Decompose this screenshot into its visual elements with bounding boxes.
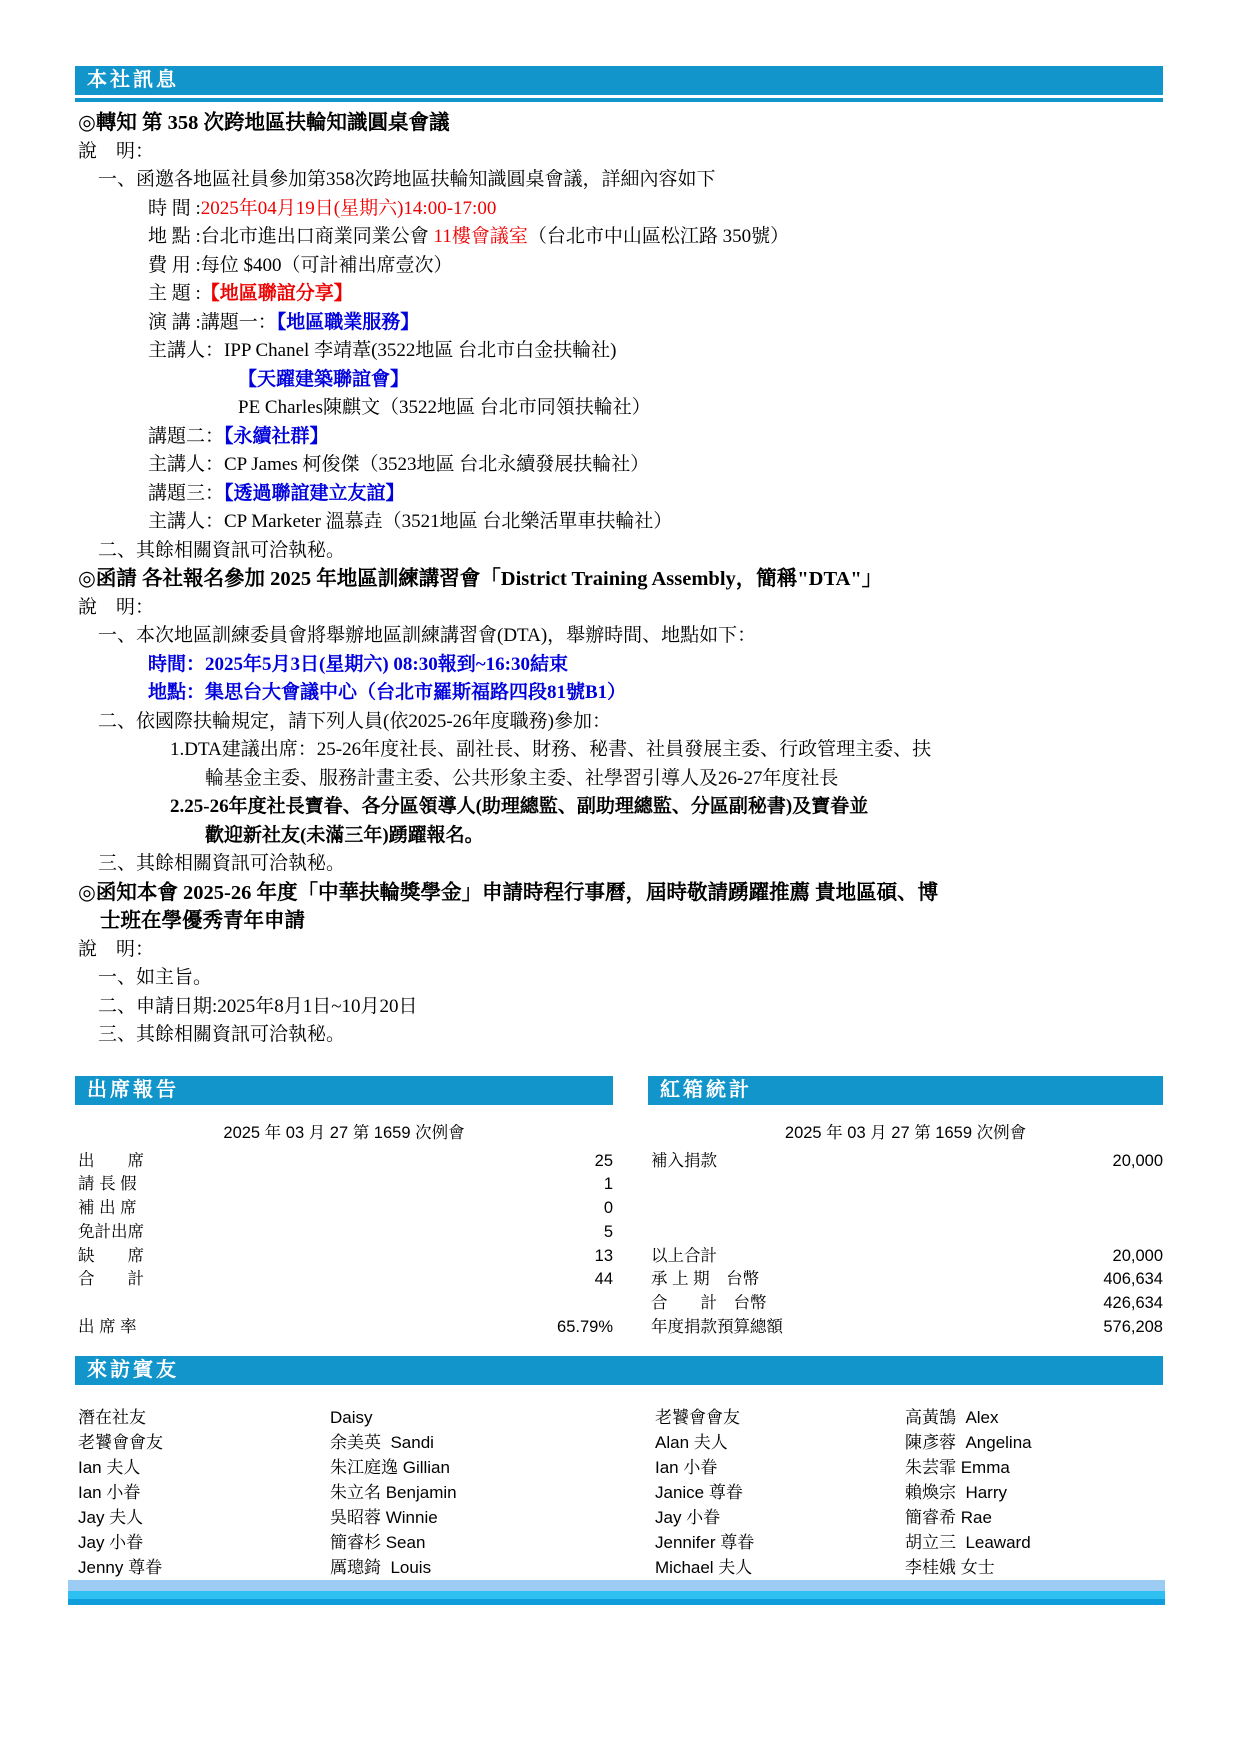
guest-cell: 朱芸霏 Emma <box>905 1455 1163 1480</box>
footer-stripe-cyan <box>68 1591 1165 1599</box>
attendance-row: 補 出 席0 <box>75 1197 613 1221</box>
attendance-value: 5 <box>604 1221 613 1245</box>
redbox-label: 以上合計 <box>648 1245 717 1269</box>
guest-cell: Daisy <box>330 1405 655 1430</box>
guest-cell: 吳昭蓉 Winnie <box>330 1505 655 1530</box>
attendance-label: 合 計 <box>75 1268 144 1292</box>
footer-stripes <box>68 1580 1165 1605</box>
text-line: 費 用 :每位 $400（可計補出席壹次） <box>148 252 1163 281</box>
attendance-table: 出 席25請 長 假1補 出 席0免計出席5缺 席13合 計44出 席 率65.… <box>75 1150 613 1340</box>
attendance-row: 請 長 假1 <box>75 1173 613 1197</box>
redbox-row: 補入捐款20,000 <box>648 1150 1163 1174</box>
attendance-label: 免計出席 <box>75 1221 144 1245</box>
announcement-heading: 士班在學優秀青年申請 <box>100 907 1163 936</box>
redbox-value: 406,634 <box>1103 1268 1163 1292</box>
text-line: 二、申請日期:2025年8月1日~10月20日 <box>98 993 1163 1022</box>
redbox-row: 以上合計20,000 <box>648 1245 1163 1269</box>
text-segment: ◎轉知 第 358 次跨地區扶輪知識圓桌會議 <box>78 112 450 134</box>
text-segment: 主講人：IPP Chanel 李靖葦(3522地區 台北市白金扶輪社) <box>148 340 616 361</box>
redbox-value: 20,000 <box>1113 1245 1163 1269</box>
text-segment: 1.DTA建議出席：25-26年度社長、副社長、財務、秘書、社員發展主委、行政管… <box>170 739 931 760</box>
guest-cell: 老饕會會友 <box>78 1430 330 1455</box>
redbox-label: 合 計 台幣 <box>648 1292 767 1316</box>
guest-cell: 高黃鵠 Alex <box>905 1405 1163 1430</box>
attendance-row: 免計出席5 <box>75 1221 613 1245</box>
text-segment: （台北市中山區松江路 350號） <box>528 226 789 247</box>
footer-stripe-deep <box>68 1599 1165 1605</box>
club-news-content: ◎轉知 第 358 次跨地區扶輪知識圓桌會議說 明：一、函邀各地區社員參加第35… <box>75 102 1163 1050</box>
section-header-redbox: 紅箱統計 <box>648 1076 1163 1105</box>
text-line: 一、如主旨。 <box>98 964 1163 993</box>
text-line: 【天躍建築聯誼會】 <box>238 366 1163 395</box>
attendance-row: 合 計44 <box>75 1268 613 1292</box>
text-segment: 演 講 :講題一： <box>148 312 277 333</box>
text-line: 地點：集思台大會議中心（台北市羅斯福路四段81號B1） <box>148 679 1163 708</box>
guest-cell: Jay 小眷 <box>655 1505 905 1530</box>
text-segment: 費 用 :每位 $400（可計補出席壹次） <box>148 255 453 276</box>
text-segment: 一、函邀各地區社員參加第358次跨地區扶輪知識圓桌會議，詳細內容如下 <box>98 169 716 190</box>
section-header-club-news: 本社訊息 <box>75 66 1163 95</box>
redbox-value: 20,000 <box>1113 1150 1163 1174</box>
attendance-meeting-title: 2025 年 03 月 27 第 1659 次例會 <box>75 1121 613 1145</box>
text-line: 一、本次地區訓練委員會將舉辦地區訓練講習會(DTA)，舉辦時間、地點如下： <box>98 622 1163 651</box>
text-segment: 歡迎新社友(未滿三年)踴躍報名。 <box>205 825 484 846</box>
redbox-value: 426,634 <box>1103 1292 1163 1316</box>
text-segment: 2025年04月19日(星期六)14:00-17:00 <box>201 198 497 219</box>
text-segment: PE Charles陳麒文（3522地區 台北市同領扶輪社） <box>238 397 651 418</box>
guest-cell: 賴煥宗 Harry <box>905 1480 1163 1505</box>
guest-cell: 老饕會會友 <box>655 1405 905 1430</box>
text-segment: 地 點 :台北市進出口商業同業公會 <box>148 226 434 247</box>
text-segment: 時間：2025年5月3日(星期六) 08:30報到~16:30結束 <box>148 654 568 675</box>
guest-cell: Ian 小眷 <box>655 1455 905 1480</box>
text-segment: 二、其餘相關資訊可洽執秘。 <box>98 540 345 561</box>
announcement-heading: ◎函請 各社報名參加 2025 年地區訓練講習會「District Traini… <box>78 565 1163 594</box>
text-segment: 三、其餘相關資訊可洽執秘。 <box>98 853 345 874</box>
guest-cell: 潛在社友 <box>78 1405 330 1430</box>
text-line: 說 明： <box>78 936 1163 965</box>
redbox-value: 576,208 <box>1103 1316 1163 1340</box>
guest-cell: Jay 夫人 <box>78 1505 330 1530</box>
text-segment: ◎函請 各社報名參加 2025 年地區訓練講習會「District Traini… <box>78 568 882 590</box>
text-segment: 說 明： <box>78 141 154 162</box>
section-header-attendance: 出席報告 <box>75 1076 613 1105</box>
announcement-heading: ◎轉知 第 358 次跨地區扶輪知識圓桌會議 <box>78 109 1163 138</box>
guest-cell: Jay 小眷 <box>78 1530 330 1555</box>
text-segment: 說 明： <box>78 597 154 618</box>
text-line: 主講人：IPP Chanel 李靖葦(3522地區 台北市白金扶輪社) <box>148 337 1163 366</box>
guest-cell: 朱立名 Benjamin <box>330 1480 655 1505</box>
guest-cell: Alan 夫人 <box>655 1430 905 1455</box>
text-segment: 地點：集思台大會議中心（台北市羅斯福路四段81號B1） <box>148 682 626 703</box>
text-line: 一、函邀各地區社員參加第358次跨地區扶輪知識圓桌會議，詳細內容如下 <box>98 166 1163 195</box>
redbox-table: 補入捐款20,000以上合計20,000承 上 期 台幣406,634合 計 台… <box>648 1150 1163 1340</box>
footer-stripe-light <box>68 1580 1165 1591</box>
redbox-label: 補入捐款 <box>648 1150 717 1174</box>
text-line: 講題三：【透過聯誼建立友誼】 <box>148 480 1163 509</box>
text-segment: 時 間 : <box>148 198 201 219</box>
text-line: 時間：2025年5月3日(星期六) 08:30報到~16:30結束 <box>148 651 1163 680</box>
text-line: PE Charles陳麒文（3522地區 台北市同領扶輪社） <box>238 394 1163 423</box>
guest-cell: 胡立三 Leaward <box>905 1530 1163 1555</box>
attendance-label: 出 席 <box>75 1150 144 1174</box>
text-segment: 【永續社群】 <box>224 426 329 447</box>
redbox-row: 承 上 期 台幣406,634 <box>648 1268 1163 1292</box>
text-segment: 一、本次地區訓練委員會將舉辦地區訓練講習會(DTA)，舉辦時間、地點如下： <box>98 625 756 646</box>
stats-row: 出席報告 2025 年 03 月 27 第 1659 次例會 出 席25請 長 … <box>75 1076 1163 1340</box>
text-segment: 二、申請日期:2025年8月1日~10月20日 <box>98 996 418 1017</box>
page-inner: 本社訊息 ◎轉知 第 358 次跨地區扶輪知識圓桌會議說 明：一、函邀各地區社員… <box>0 0 1241 1605</box>
text-segment: 講題三： <box>148 483 224 504</box>
redbox-row <box>648 1197 1163 1221</box>
text-segment: 2.25-26年度社長寶眷、各分區領導人(助理總監、副助理總監、分區副秘書)及寶… <box>170 796 868 817</box>
attendance-label: 出 席 率 <box>75 1316 137 1340</box>
guest-row: Jay 小眷簡睿杉 SeanJennifer 尊眷胡立三 Leaward <box>75 1530 1163 1555</box>
redbox-row: 合 計 台幣426,634 <box>648 1292 1163 1316</box>
section-header-guests: 來訪賓友 <box>75 1356 1163 1385</box>
attendance-value: 65.79% <box>557 1316 613 1340</box>
guest-cell: Janice 尊眷 <box>655 1480 905 1505</box>
text-segment: 三、其餘相關資訊可洽執秘。 <box>98 1024 345 1045</box>
guest-cell: 厲璁錡 Louis <box>330 1555 655 1580</box>
text-segment: 【地區職業服務】 <box>277 312 420 333</box>
text-line: 地 點 :台北市進出口商業同業公會 11樓會議室（台北市中山區松江路 350號） <box>148 223 1163 252</box>
attendance-value: 1 <box>604 1173 613 1197</box>
text-line: 輪基金主委、服務計畫主委、公共形象主委、社學習引導人及26-27年度社長 <box>205 765 1163 794</box>
attendance-value: 44 <box>595 1268 613 1292</box>
text-line: 主講人：CP James 柯俊傑（3523地區 台北永續發展扶輪社） <box>148 451 1163 480</box>
text-segment: 輪基金主委、服務計畫主委、公共形象主委、社學習引導人及26-27年度社長 <box>205 768 838 789</box>
guest-cell: Ian 小眷 <box>78 1480 330 1505</box>
guest-row: Jay 夫人吳昭蓉 WinnieJay 小眷簡睿希 Rae <box>75 1505 1163 1530</box>
redbox-label: 承 上 期 台幣 <box>648 1268 759 1292</box>
text-segment: 【地區聯誼分享】 <box>201 283 353 304</box>
guest-cell: Jennifer 尊眷 <box>655 1530 905 1555</box>
text-segment: 【透過聯誼建立友誼】 <box>224 483 405 504</box>
guest-cell: 朱江庭逸 Gillian <box>330 1455 655 1480</box>
redbox-label <box>648 1173 651 1197</box>
guest-row: Jenny 尊眷厲璁錡 LouisMichael 夫人李桂娥 女士 <box>75 1555 1163 1580</box>
attendance-value: 0 <box>604 1197 613 1221</box>
guest-cell: Jenny 尊眷 <box>78 1555 330 1580</box>
attendance-label <box>75 1292 78 1316</box>
text-line: 說 明： <box>78 594 1163 623</box>
text-line: 2.25-26年度社長寶眷、各分區領導人(助理總監、副助理總監、分區副秘書)及寶… <box>170 793 1163 822</box>
attendance-value: 13 <box>595 1245 613 1269</box>
redbox-row: 年度捐款預算總額576,208 <box>648 1316 1163 1340</box>
announcement-heading: ◎函知本會 2025-26 年度「中華扶輪獎學金」申請時程行事曆，屆時敬請踴躍推… <box>78 879 1163 908</box>
text-segment: 主 題 : <box>148 283 201 304</box>
redbox-section: 紅箱統計 2025 年 03 月 27 第 1659 次例會 補入捐款20,00… <box>648 1076 1163 1340</box>
text-segment: ◎函知本會 2025-26 年度「中華扶輪獎學金」申請時程行事曆，屆時敬請踴躍推… <box>78 882 938 904</box>
redbox-label: 年度捐款預算總額 <box>648 1316 783 1340</box>
text-segment: 講題二： <box>148 426 224 447</box>
newsletter-page: 本社訊息 ◎轉知 第 358 次跨地區扶輪知識圓桌會議說 明：一、函邀各地區社員… <box>0 0 1241 1755</box>
text-line: 時 間 :2025年04月19日(星期六)14:00-17:00 <box>148 195 1163 224</box>
guest-cell: 陳彥蓉 Angelina <box>905 1430 1163 1455</box>
guest-cell: Michael 夫人 <box>655 1555 905 1580</box>
guest-row: Ian 夫人朱江庭逸 GillianIan 小眷朱芸霏 Emma <box>75 1455 1163 1480</box>
text-line: 主 題 :【地區聯誼分享】 <box>148 280 1163 309</box>
text-line: 二、其餘相關資訊可洽執秘。 <box>98 537 1163 566</box>
guest-row: 老饕會會友余美英 SandiAlan 夫人陳彥蓉 Angelina <box>75 1430 1163 1455</box>
text-line: 二、依國際扶輪規定，請下列人員(依2025-26年度職務)參加： <box>98 708 1163 737</box>
guest-cell: 簡睿希 Rae <box>905 1505 1163 1530</box>
redbox-label <box>648 1221 651 1245</box>
redbox-meeting-title: 2025 年 03 月 27 第 1659 次例會 <box>648 1121 1163 1145</box>
attendance-row <box>75 1292 613 1316</box>
guest-cell: 簡睿杉 Sean <box>330 1530 655 1555</box>
guest-row: Ian 小眷朱立名 BenjaminJanice 尊眷賴煥宗 Harry <box>75 1480 1163 1505</box>
text-segment: 士班在學優秀青年申請 <box>100 910 305 932</box>
attendance-section: 出席報告 2025 年 03 月 27 第 1659 次例會 出 席25請 長 … <box>75 1076 613 1340</box>
attendance-label: 請 長 假 <box>75 1173 137 1197</box>
redbox-row <box>648 1221 1163 1245</box>
guest-cell: 李桂娥 女士 <box>905 1555 1163 1580</box>
text-line: 說 明： <box>78 138 1163 167</box>
redbox-label <box>648 1197 651 1221</box>
text-segment: 【天躍建築聯誼會】 <box>238 369 409 390</box>
attendance-row: 出 席 率65.79% <box>75 1316 613 1340</box>
redbox-row <box>648 1173 1163 1197</box>
text-line: 主講人：CP Marketer 溫慕垚（3521地區 台北樂活單車扶輪社） <box>148 508 1163 537</box>
text-line: 1.DTA建議出席：25-26年度社長、副社長、財務、秘書、社員發展主委、行政管… <box>170 736 1163 765</box>
guest-row: 潛在社友Daisy老饕會會友高黃鵠 Alex <box>75 1405 1163 1430</box>
text-segment: 說 明： <box>78 939 154 960</box>
text-line: 三、其餘相關資訊可洽執秘。 <box>98 850 1163 879</box>
attendance-row: 缺 席13 <box>75 1245 613 1269</box>
text-segment: 一、如主旨。 <box>98 967 212 988</box>
guest-list: 潛在社友Daisy老饕會會友高黃鵠 Alex老饕會會友余美英 SandiAlan… <box>75 1405 1163 1580</box>
attendance-row: 出 席25 <box>75 1150 613 1174</box>
text-segment: 主講人：CP Marketer 溫慕垚（3521地區 台北樂活單車扶輪社） <box>148 511 672 532</box>
guest-cell: Ian 夫人 <box>78 1455 330 1480</box>
text-segment: 二、依國際扶輪規定，請下列人員(依2025-26年度職務)參加： <box>98 711 611 732</box>
attendance-label: 補 出 席 <box>75 1197 137 1221</box>
attendance-value: 25 <box>595 1150 613 1174</box>
text-line: 講題二：【永續社群】 <box>148 423 1163 452</box>
text-segment: 主講人：CP James 柯俊傑（3523地區 台北永續發展扶輪社） <box>148 454 649 475</box>
text-line: 三、其餘相關資訊可洽執秘。 <box>98 1021 1163 1050</box>
guest-cell: 余美英 Sandi <box>330 1430 655 1455</box>
text-line: 歡迎新社友(未滿三年)踴躍報名。 <box>205 822 1163 851</box>
text-segment: 11樓會議室 <box>434 226 528 247</box>
attendance-label: 缺 席 <box>75 1245 144 1269</box>
text-line: 演 講 :講題一：【地區職業服務】 <box>148 309 1163 338</box>
